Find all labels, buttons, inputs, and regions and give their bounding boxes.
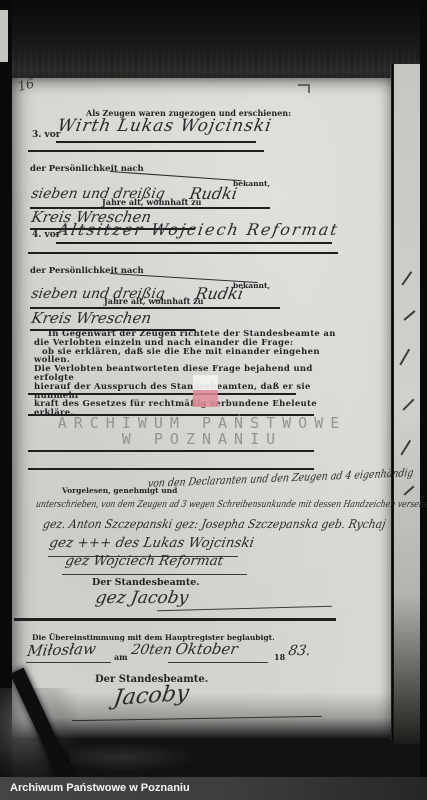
archive-watermark-line2: W POZNANIU (52, 430, 352, 448)
page-edge-sliver (0, 10, 8, 62)
section-divider-rule (14, 618, 336, 621)
registrar-signature-gez: gez Jacoby (94, 588, 190, 608)
age-residence-label-3: Jahre alt, wohnhaft zu (102, 197, 202, 207)
witness4-district: Kreis Wreschen (30, 309, 153, 327)
date-18-label: 18 (274, 652, 285, 662)
registry-page: 16 Als Zeugen waren zugezogen und erschi… (12, 78, 391, 738)
certification-place: Miłosław (26, 640, 97, 660)
certification-day: 20ten (130, 642, 174, 658)
paragraph-line: ob sie erklären, daß sie die Ehe mit ein… (34, 348, 350, 366)
fill-line (56, 141, 256, 143)
pen-stroke (110, 171, 242, 181)
ink-bleed-mark (401, 271, 411, 285)
signatures-line3: gez Wojciech Reformat (64, 553, 225, 569)
witness4-place: Rudki (194, 284, 245, 303)
next-page-edge (394, 64, 420, 744)
archive-caption-label: Archiwum Państwowe w Poznaniu (10, 777, 427, 800)
watermark-flag-red (193, 390, 218, 407)
paragraph-line: Die Verlobten beantworteten diese Frage … (34, 365, 350, 383)
page-margin-number: 16 (16, 76, 36, 95)
closing-handwritten-line1: von den Declaranten und den Zeugen ad 4 … (147, 466, 414, 490)
paragraph-line: hierauf der Ausspruch des Standesbeamten… (34, 383, 350, 401)
ink-bleed-mark (399, 349, 409, 365)
ink-bleed-mark (403, 485, 414, 495)
closing-handwritten-line2: unterschrieben, von dem Zeugen ad 3 wege… (35, 499, 427, 510)
fill-line (26, 662, 111, 663)
blank-rule (28, 468, 314, 470)
fill-line (56, 242, 332, 244)
fill-line (62, 574, 247, 575)
ink-bleed-mark (400, 440, 410, 455)
binding-texture (0, 50, 427, 78)
blank-rule (28, 393, 296, 395)
archive-caption-bar: Archiwum Państwowe w Poznaniu (0, 777, 427, 800)
ink-bleed-mark (404, 310, 416, 320)
form-rule (28, 252, 338, 254)
registrar-label-1: Der Standesbeamte. (92, 577, 200, 588)
signatures-line1: gez. Anton Szczepanski gez: Josepha Szcz… (42, 517, 387, 531)
certification-year: 83. (287, 643, 312, 659)
table-smudge (70, 742, 200, 772)
scan-right-edge (420, 0, 427, 800)
archive-document-scan: 16 Als Zeugen waren zugezogen und erschi… (0, 0, 427, 800)
age-residence-label-4: Jahre alt, wohnhaft zu (104, 296, 204, 306)
witness3-place: Rudki (188, 184, 239, 203)
signatures-line2: gez +++ des Lukas Wojcinski (48, 535, 255, 551)
date-am-label: am (114, 652, 128, 662)
book-binding-top (0, 0, 427, 78)
form-rule (28, 150, 264, 152)
certification-month: Oktober (174, 640, 239, 658)
margin-mark (298, 84, 310, 93)
blank-rule (28, 450, 314, 452)
ink-bleed-mark (402, 399, 414, 411)
witness4-name: Altsitzer Wojciech Reformat (56, 220, 341, 239)
fill-line (168, 662, 268, 663)
watermark-flag-white (193, 375, 218, 390)
ceremony-paragraph: In Gegenwart der Zeugen richtete der Sta… (34, 330, 350, 418)
scan-left-edge (0, 0, 12, 800)
witness3-name: Wirth Lukas Wojcinski (56, 116, 273, 136)
